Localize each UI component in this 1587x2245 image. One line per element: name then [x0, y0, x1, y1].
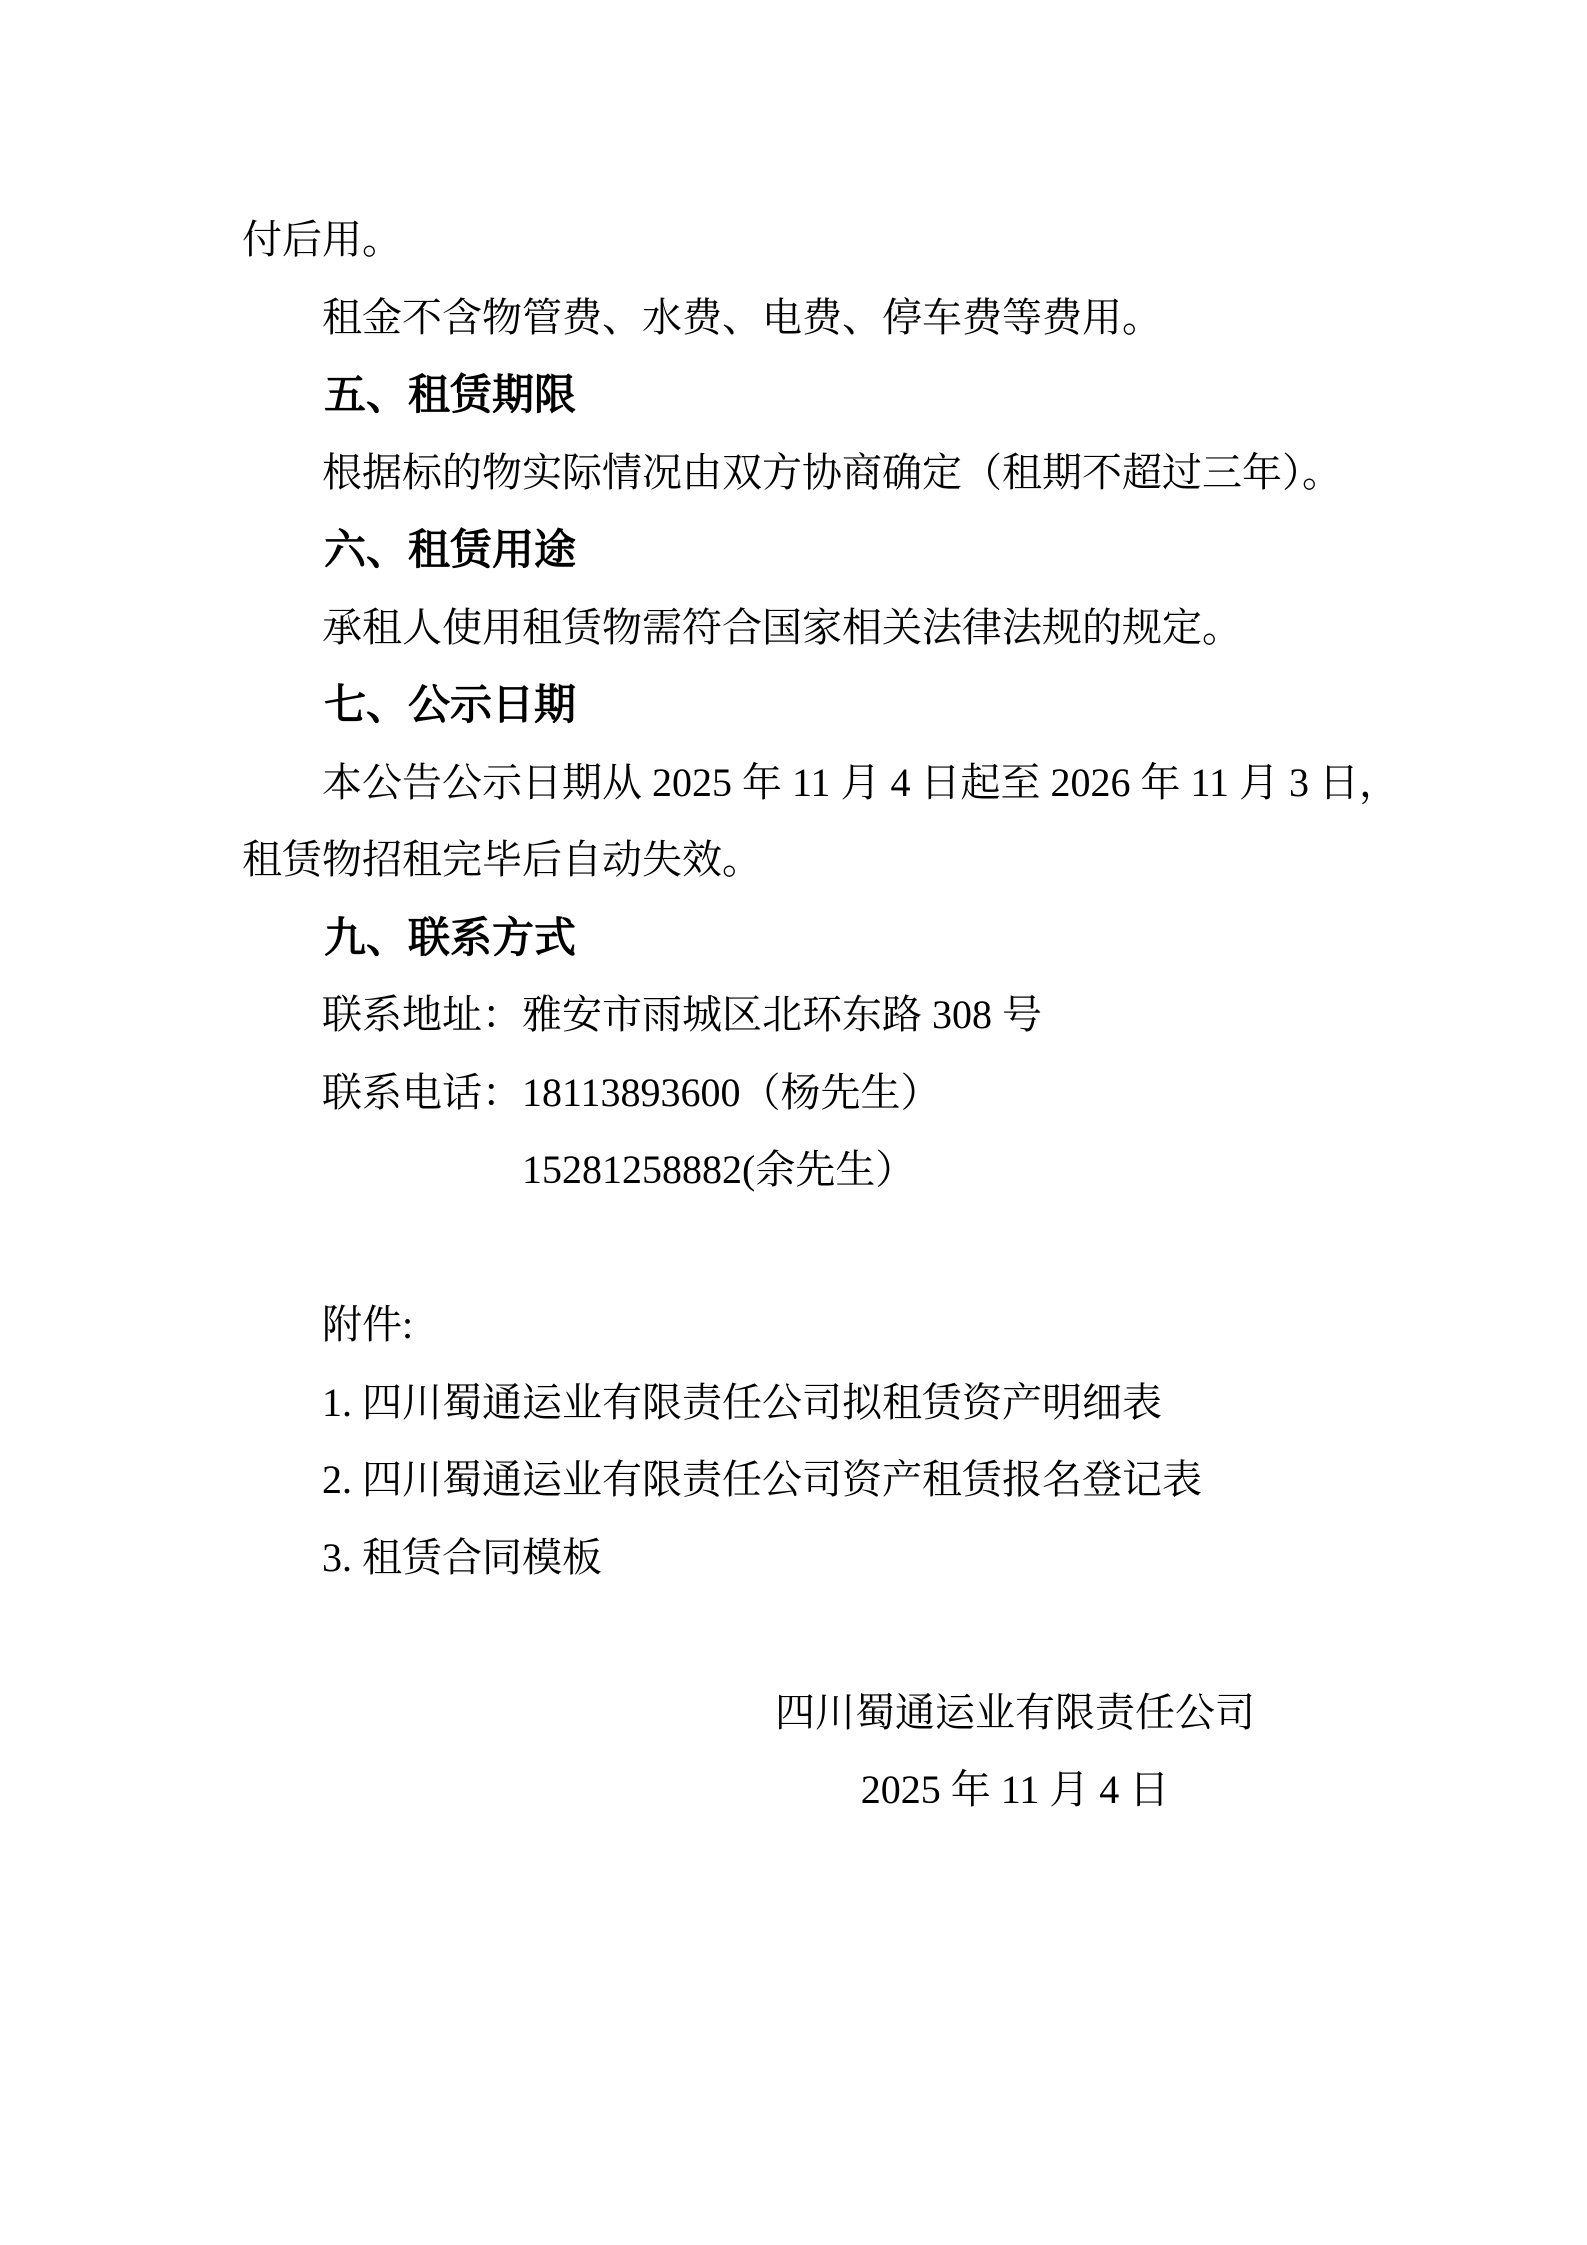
doc-line: 附件: [242, 1286, 1352, 1364]
blank-line [242, 1209, 1352, 1287]
doc-line: 付后用。 [242, 201, 1352, 279]
doc-line: 租金不含物管费、水费、电费、停车费等费用。 [242, 279, 1352, 357]
doc-line: 租赁物招租完毕后自动失效。 [242, 821, 1352, 899]
signature-line: 四川蜀通运业有限责任公司 [700, 1674, 1330, 1752]
doc-line: 联系电话：18113893600（杨先生） [242, 1054, 1352, 1132]
section-heading: 五、租赁期限 [242, 356, 1352, 434]
doc-line: 本公告公示日期从 2025 年 11 月 4 日起至 2026 年 11 月 3… [242, 744, 1352, 822]
doc-line: 3. 租赁合同模板 [242, 1519, 1352, 1597]
doc-line: 联系地址：雅安市雨城区北环东路 308 号 [242, 976, 1352, 1054]
section-heading: 六、租赁用途 [242, 511, 1352, 589]
document-page: 付后用。租金不含物管费、水费、电费、停车费等费用。五、租赁期限根据标的物实际情况… [0, 0, 1587, 2245]
blank-line [242, 1596, 1352, 1674]
doc-line: 2. 四川蜀通运业有限责任公司资产租赁报名登记表 [242, 1441, 1352, 1519]
doc-line: 1. 四川蜀通运业有限责任公司拟租赁资产明细表 [242, 1364, 1352, 1442]
doc-line: 承租人使用租赁物需符合国家相关法律法规的规定。 [242, 589, 1352, 667]
section-heading: 七、公示日期 [242, 666, 1352, 744]
section-heading: 九、联系方式 [242, 899, 1352, 977]
doc-line: 根据标的物实际情况由双方协商确定（租期不超过三年）。 [242, 434, 1352, 512]
document-body: 付后用。租金不含物管费、水费、电费、停车费等费用。五、租赁期限根据标的物实际情况… [242, 201, 1352, 1829]
doc-line: 15281258882(余先生） [242, 1131, 1352, 1209]
signature-line: 2025 年 11 月 4 日 [700, 1751, 1330, 1829]
